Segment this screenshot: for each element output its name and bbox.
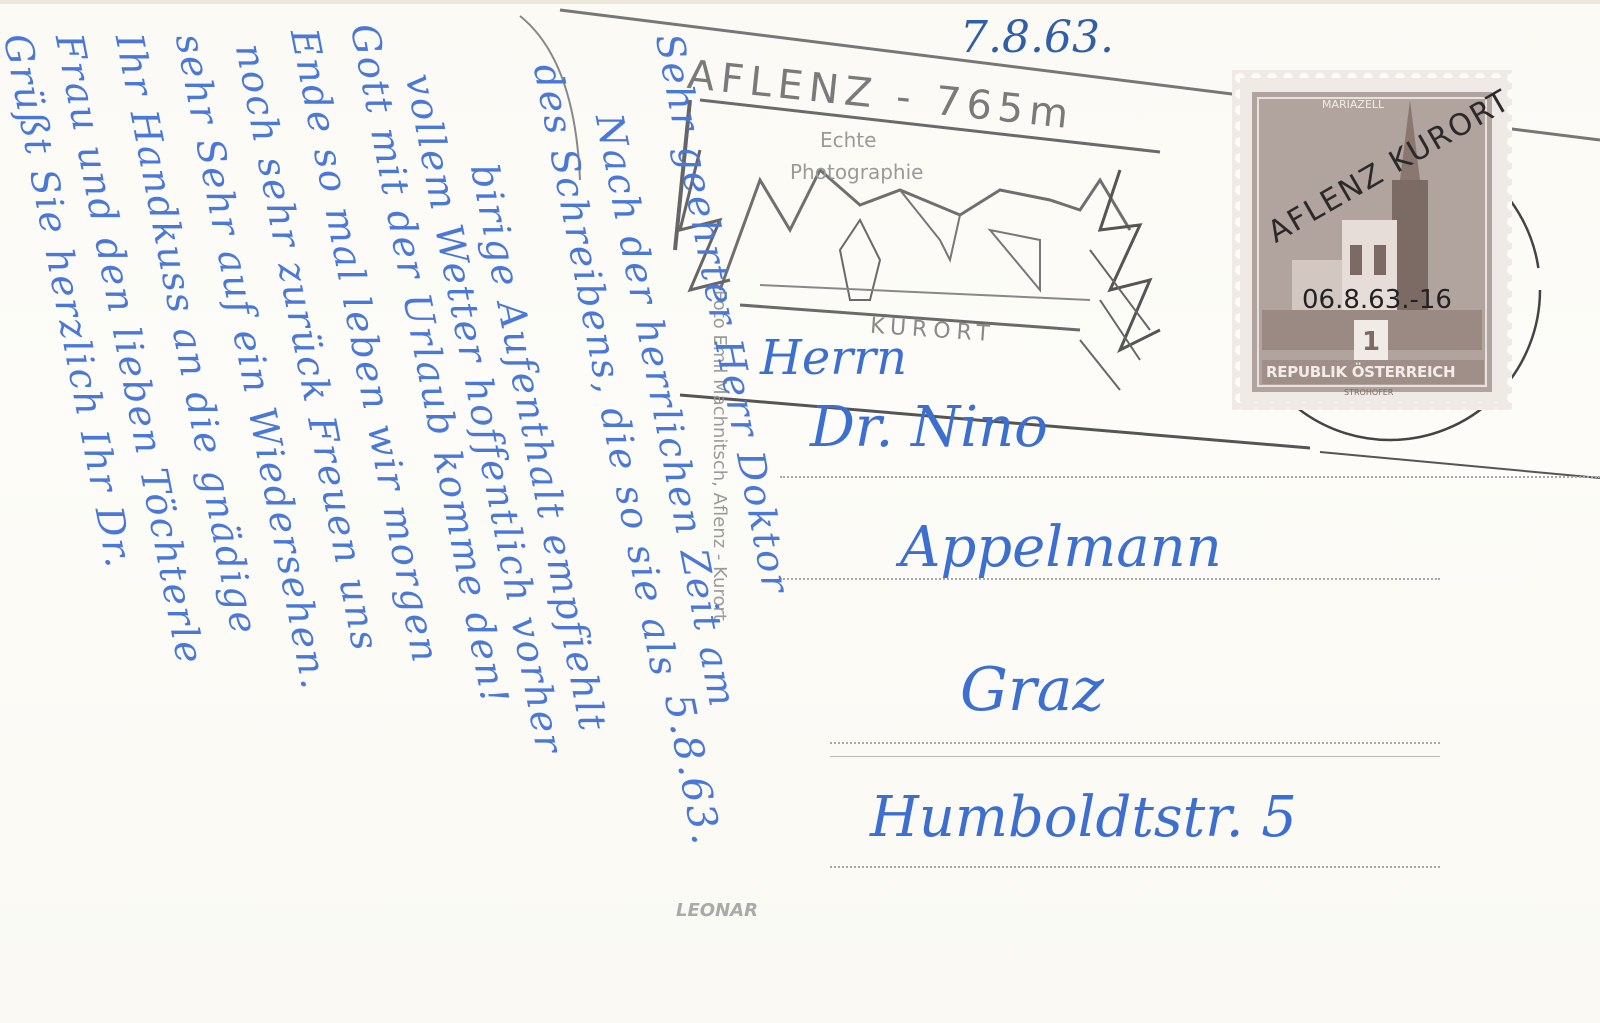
stamp-country: REPUBLIK ÖSTERREICH xyxy=(1266,363,1455,381)
address-salutation: Herrn xyxy=(760,330,907,386)
imprint-photographie: Photographie xyxy=(790,160,923,184)
postage-stamp: 1 MARIAZELL REPUBLIK ÖSTERREICH STROHOFE… xyxy=(1232,70,1512,410)
postcard-back: AFLENZ - 765m KURORT Echte Photographie … xyxy=(0,0,1600,1023)
imprint-paper-brand: LEONAR xyxy=(676,900,758,921)
postmark-date: 06.8.63.-16 xyxy=(1302,285,1452,315)
imprint-echte: Echte xyxy=(820,128,876,152)
stamp-designer: STROHOFER xyxy=(1344,388,1393,397)
address-line-1 xyxy=(780,476,1600,478)
address-name-line: Dr. Nino xyxy=(810,395,1048,460)
handwritten-date: 7.8.63. xyxy=(960,12,1114,63)
stamp-subject: MARIAZELL xyxy=(1322,98,1384,111)
address-line-3 xyxy=(830,742,1440,744)
address-surname: Appelmann xyxy=(900,515,1222,580)
svg-text:1: 1 xyxy=(1362,327,1380,357)
address-city: Graz xyxy=(960,655,1104,725)
address-line-3-rule xyxy=(830,756,1440,757)
address-street: Humboldtstr. 5 xyxy=(870,785,1297,850)
address-line-4 xyxy=(830,866,1440,868)
